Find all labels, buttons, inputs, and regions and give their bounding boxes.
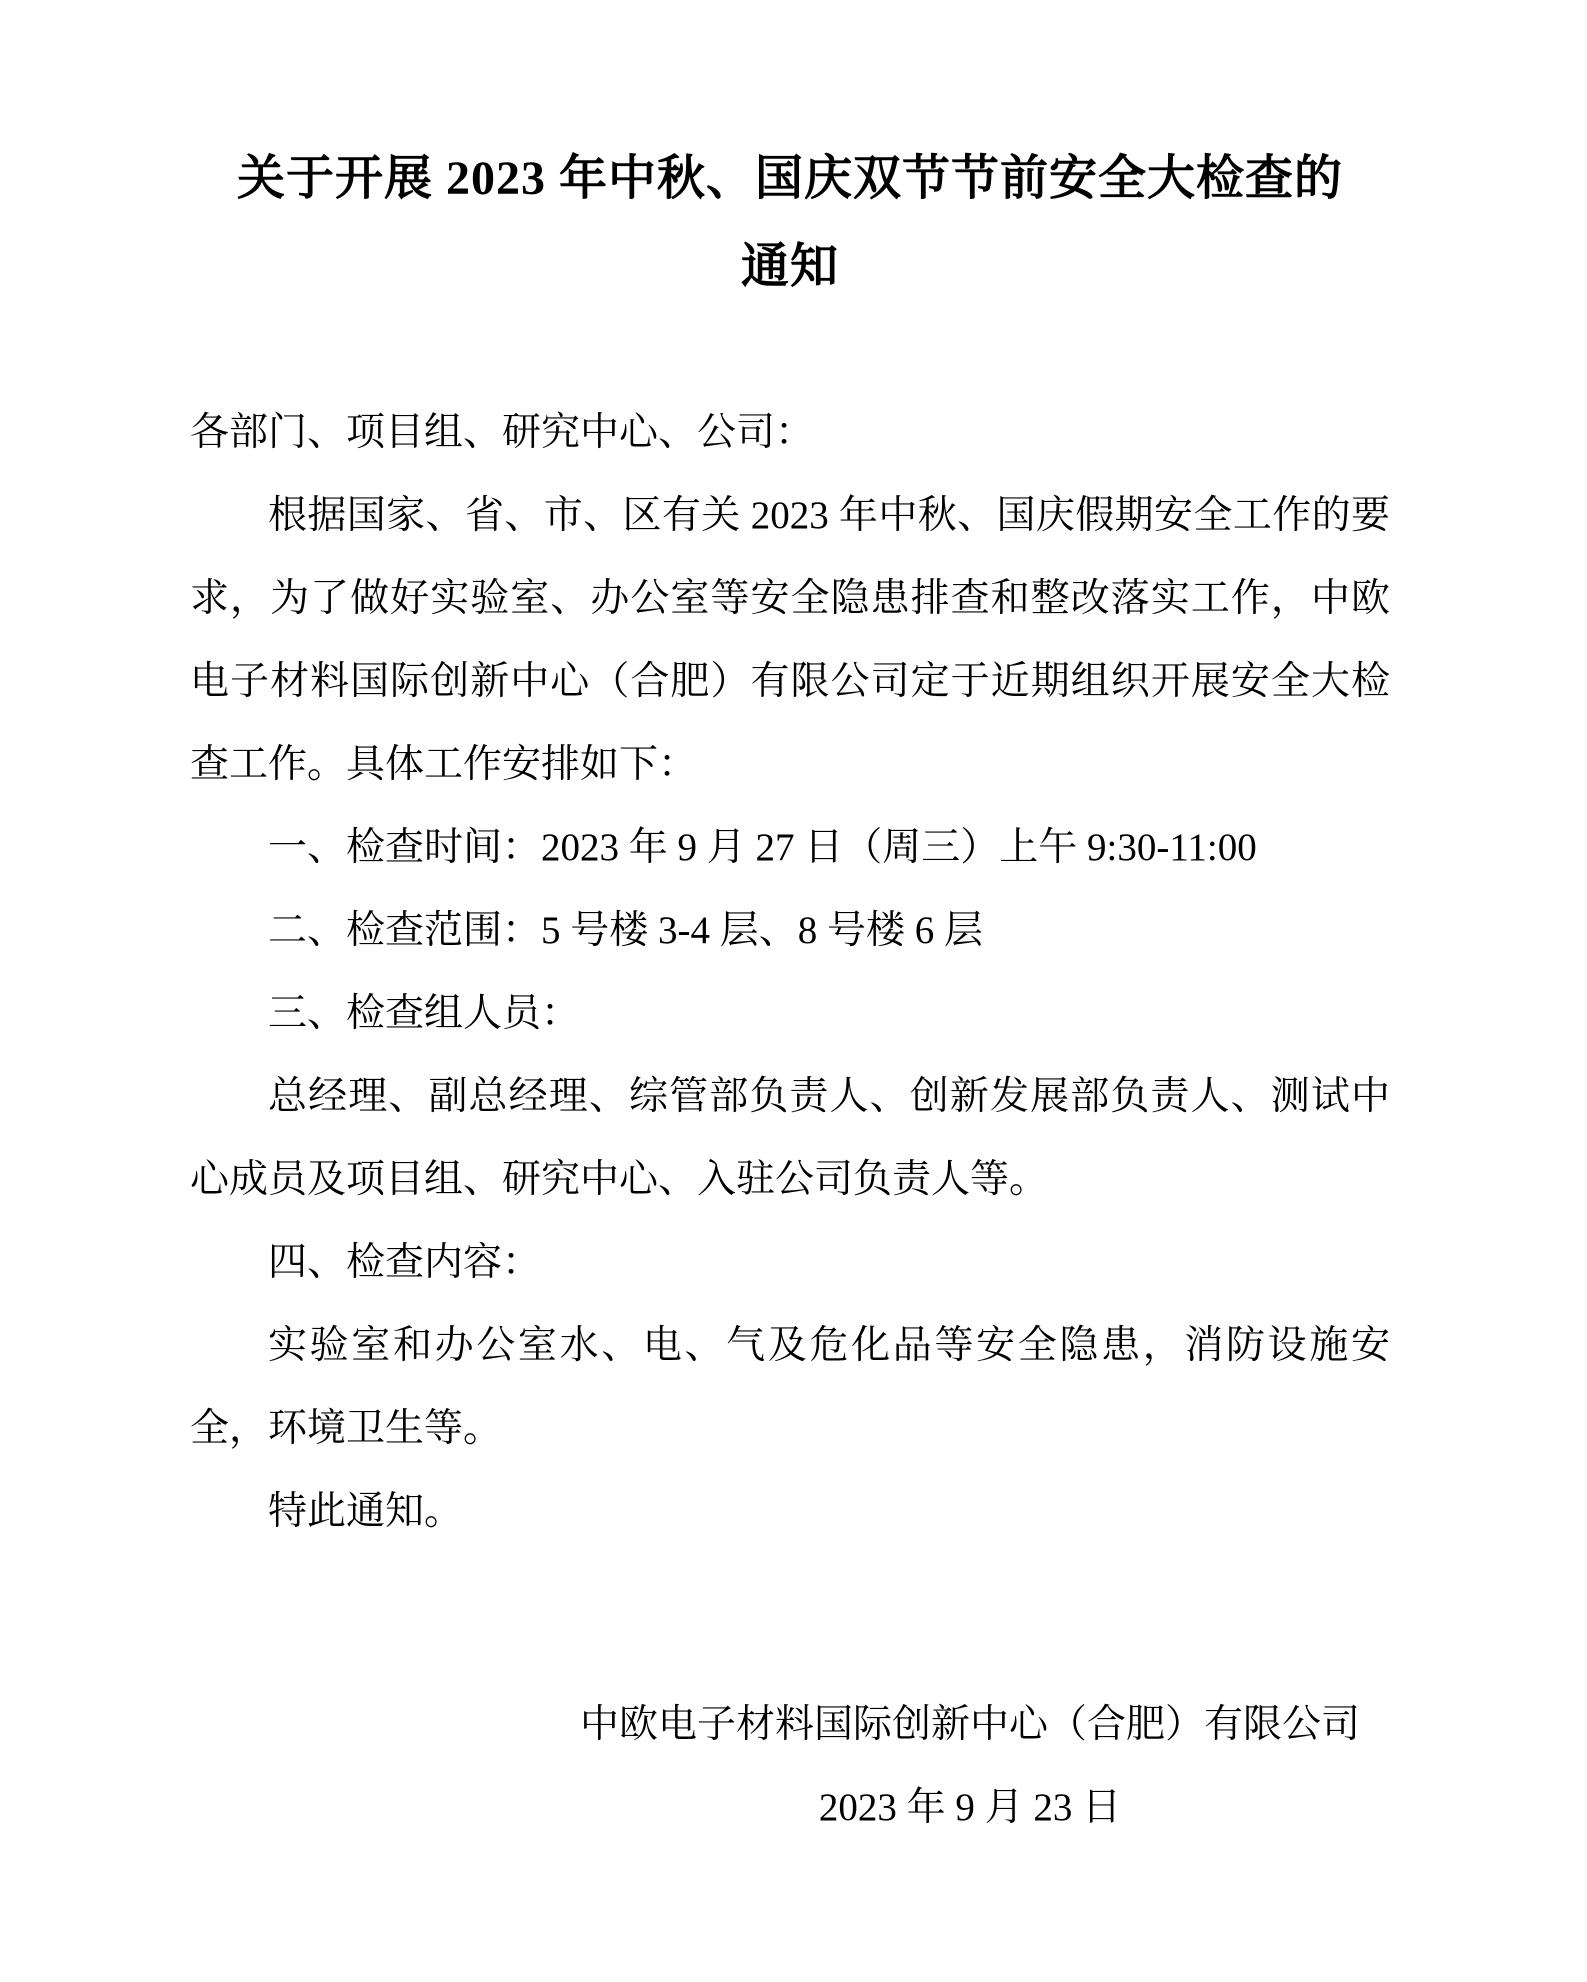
paragraph-inspection-content-heading: 四、检查内容： (190, 1221, 1390, 1304)
document-page: 关于开展 2023 年中秋、国庆双节节前安全大检查的 通知 各部门、项目组、研究… (0, 0, 1587, 1982)
document-title: 关于开展 2023 年中秋、国庆双节节前安全大检查的 通知 (190, 135, 1390, 311)
signature-date: 2023 年 9 月 23 日 (580, 1766, 1360, 1849)
paragraph-inspection-team-heading: 三、检查组人员： (190, 972, 1390, 1055)
paragraph-inspection-content-detail: 实验室和办公室水、电、气及危化品等安全隐患，消防设施安全，环境卫生等。 (190, 1304, 1390, 1470)
document-title-line-2: 通知 (190, 223, 1390, 311)
paragraph-inspection-scope: 二、检查范围：5 号楼 3-4 层、8 号楼 6 层 (190, 889, 1390, 972)
document-body: 各部门、项目组、研究中心、公司： 根据国家、省、市、区有关 2023 年中秋、国… (190, 391, 1390, 1553)
salutation-line: 各部门、项目组、研究中心、公司： (190, 391, 1390, 474)
paragraph-intro: 根据国家、省、市、区有关 2023 年中秋、国庆假期安全工作的要求，为了做好实验… (190, 474, 1390, 806)
document-title-line-1: 关于开展 2023 年中秋、国庆双节节前安全大检查的 (190, 135, 1390, 223)
paragraph-closing-notice: 特此通知。 (190, 1470, 1390, 1553)
signature-company-name: 中欧电子材料国际创新中心（合肥）有限公司 (580, 1683, 1360, 1766)
paragraph-inspection-team-members: 总经理、副总经理、综管部负责人、创新发展部负责人、测试中心成员及项目组、研究中心… (190, 1055, 1390, 1221)
signature-block: 中欧电子材料国际创新中心（合肥）有限公司 2023 年 9 月 23 日 (580, 1683, 1360, 1849)
paragraph-inspection-time: 一、检查时间：2023 年 9 月 27 日（周三）上午 9:30-11:00 (190, 806, 1390, 889)
document-content: 关于开展 2023 年中秋、国庆双节节前安全大检查的 通知 各部门、项目组、研究… (0, 0, 1587, 1849)
